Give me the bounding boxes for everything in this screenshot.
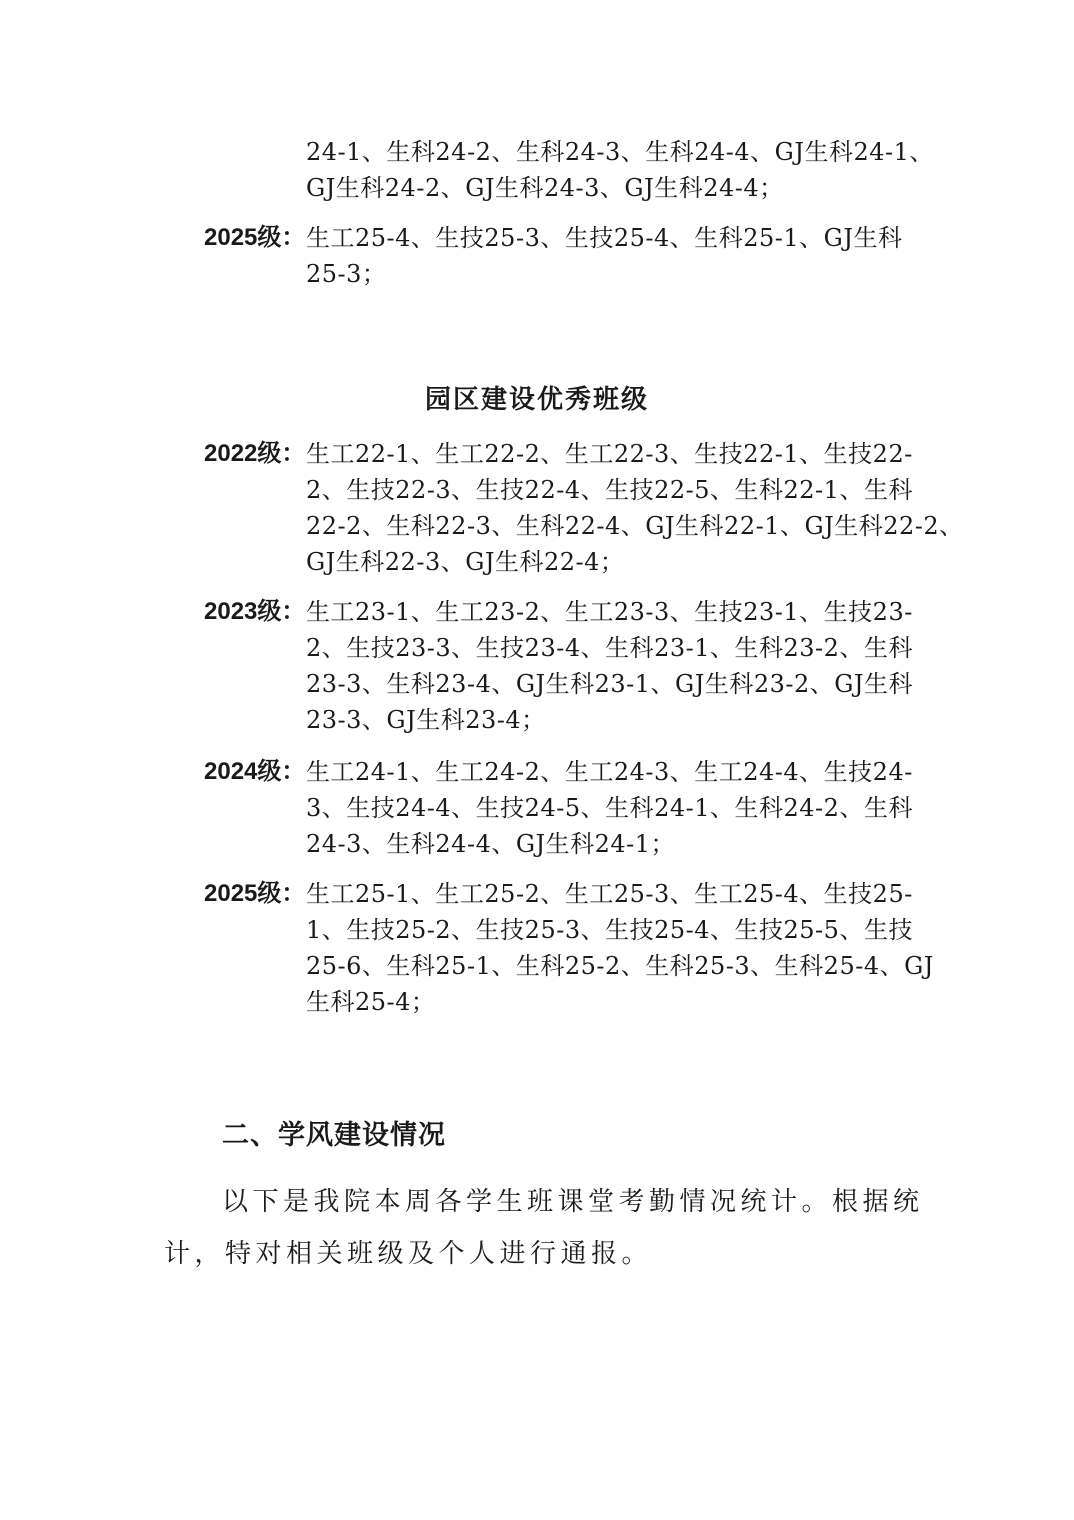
list-line: GJ生科24-2、GJ生科24-3、GJ生科24-4；: [306, 170, 784, 206]
paragraph-line: 计，特对相关班级及个人进行通报。: [164, 1234, 652, 1274]
grade-label-2023: 2023级：: [204, 594, 305, 630]
list-line: 25-3；: [306, 256, 386, 292]
grade-label-2022: 2022级：: [204, 436, 305, 472]
section-title: 园区建设优秀班级: [0, 382, 1074, 418]
list-line: 生工23-1、生工23-2、生工23-3、生技23-1、生技23-: [306, 594, 913, 630]
list-line: 生工24-1、生工24-2、生工24-3、生工24-4、生技24-: [306, 754, 913, 790]
list-line: 生工25-4、生技25-3、生技25-4、生科25-1、GJ生科: [306, 220, 902, 256]
list-line: 3、生技24-4、生技24-5、生科24-1、生科24-2、生科: [306, 790, 913, 826]
list-line: 生科25-4；: [306, 984, 435, 1020]
list-line: 25-6、生科25-1、生科25-2、生科25-3、生科25-4、GJ: [306, 948, 934, 984]
list-line: 24-1、生科24-2、生科24-3、生科24-4、GJ生科24-1、: [306, 134, 934, 170]
list-line: 24-3、生科24-4、GJ生科24-1；: [306, 826, 675, 862]
list-line: GJ生科22-3、GJ生科22-4；: [306, 544, 624, 580]
grade-label-2025: 2025级：: [204, 220, 305, 256]
list-line: 1、生技25-2、生技25-3、生技25-4、生技25-5、生技: [306, 912, 913, 948]
list-line: 生工25-1、生工25-2、生工25-3、生工25-4、生技25-: [306, 876, 913, 912]
list-line: 23-3、GJ生科23-4；: [306, 702, 546, 738]
list-line: 2、生技22-3、生技22-4、生技22-5、生科22-1、生科: [306, 472, 913, 508]
section-heading: 二、学风建设情况: [222, 1116, 446, 1156]
paragraph-line: 以下是我院本周各学生班课堂考勤情况统计。根据统: [222, 1182, 924, 1222]
list-line: 生工22-1、生工22-2、生工22-3、生技22-1、生技22-: [306, 436, 913, 472]
list-line: 2、生技23-3、生技23-4、生科23-1、生科23-2、生科: [306, 630, 913, 666]
list-line: 22-2、生科22-3、生科22-4、GJ生科22-1、GJ生科22-2、: [306, 508, 964, 544]
grade-label-2025: 2025级：: [204, 876, 305, 912]
list-line: 23-3、生科23-4、GJ生科23-1、GJ生科23-2、GJ生科: [306, 666, 913, 702]
grade-label-2024: 2024级：: [204, 754, 305, 790]
